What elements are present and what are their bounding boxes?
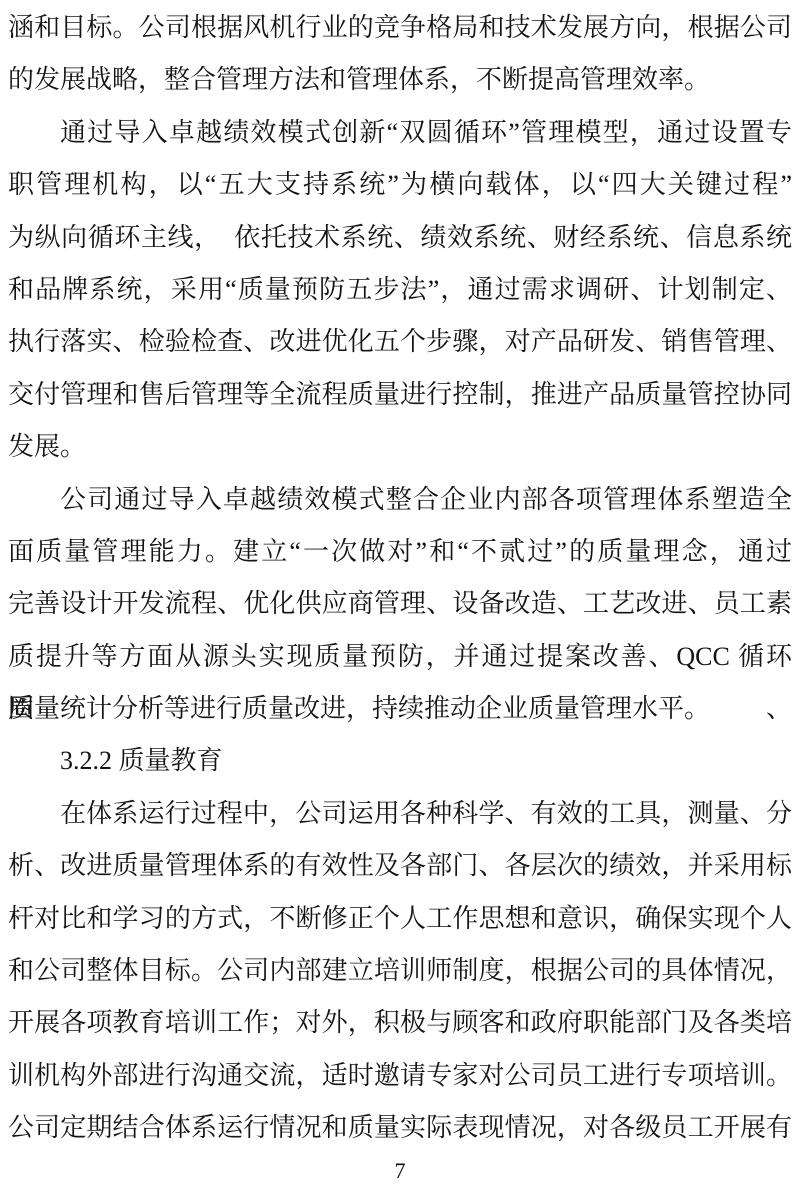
text-line: 通过导入卓越绩效模式创新“双圆循环”管理模型，通过设置专 — [8, 107, 792, 159]
text-line: 在体系运行过程中，公司运用各种科学、有效的工具，测量、分 — [8, 788, 792, 840]
text-line: 的发展战略，整合管理方法和管理体系，不断提高管理效率。 — [8, 54, 792, 106]
text-line: 涵和目标。公司根据风机行业的竞争格局和技术发展方向，根据公司 — [8, 2, 792, 54]
text-line: 训机构外部进行沟通交流，适时邀请专家对公司员工进行专项培训。 — [8, 1050, 792, 1102]
text-line: 公司定期结合体系运行情况和质量实际表现情况，对各级员工开展有 — [8, 1102, 792, 1154]
text-line: 发展。 — [8, 421, 792, 473]
document-page: 涵和目标。公司根据风机行业的竞争格局和技术发展方向，根据公司 的发展战略，整合管… — [0, 0, 800, 1187]
text-line: 执行落实、检验检查、改进优化五个步骤，对产品研发、销售管理、 — [8, 316, 792, 368]
text-line: 面质量管理能力。建立“一次做对”和“不贰过”的质量理念，通过 — [8, 526, 792, 578]
text-line: 和品牌系统，采用“质量预防五步法”，通过需求调研、计划制定、 — [8, 264, 792, 316]
text-line: 析、改进质量管理体系的有效性及各部门、各层次的绩效，并采用标 — [8, 840, 792, 892]
page-number: 7 — [395, 1158, 406, 1183]
page-footer: 7 — [0, 1157, 800, 1185]
text-line: 和公司整体目标。公司内部建立培训师制度，根据公司的具体情况， — [8, 945, 792, 997]
text-line: 职管理机构，以“五大支持系统”为横向载体，以“四大关键过程” — [8, 159, 792, 211]
text-line: 完善设计开发流程、优化供应商管理、设备改造、工艺改进、员工素 — [8, 578, 792, 630]
text-line: 质提升等方面从源头实现质量预防，并通过提案改善、QCC 循环圈、 — [8, 631, 792, 683]
section-heading: 3.2.2 质量教育 — [8, 735, 792, 787]
text-line: 开展各项教育培训工作；对外，积极与顾客和政府职能部门及各类培 — [8, 997, 792, 1049]
text-line: 为纵向循环主线， 依托技术系统、绩效系统、财经系统、信息系统 — [8, 212, 792, 264]
text-line: 交付管理和售后管理等全流程质量进行控制，推进产品质量管控协同 — [8, 369, 792, 421]
text-line: 公司通过导入卓越绩效模式整合企业内部各项管理体系塑造全 — [8, 474, 792, 526]
text-line: 质量统计分析等进行质量改进，持续推动企业质量管理水平。 — [8, 683, 792, 735]
text-line: 杆对比和学习的方式，不断修正个人工作思想和意识，确保实现个人 — [8, 893, 792, 945]
